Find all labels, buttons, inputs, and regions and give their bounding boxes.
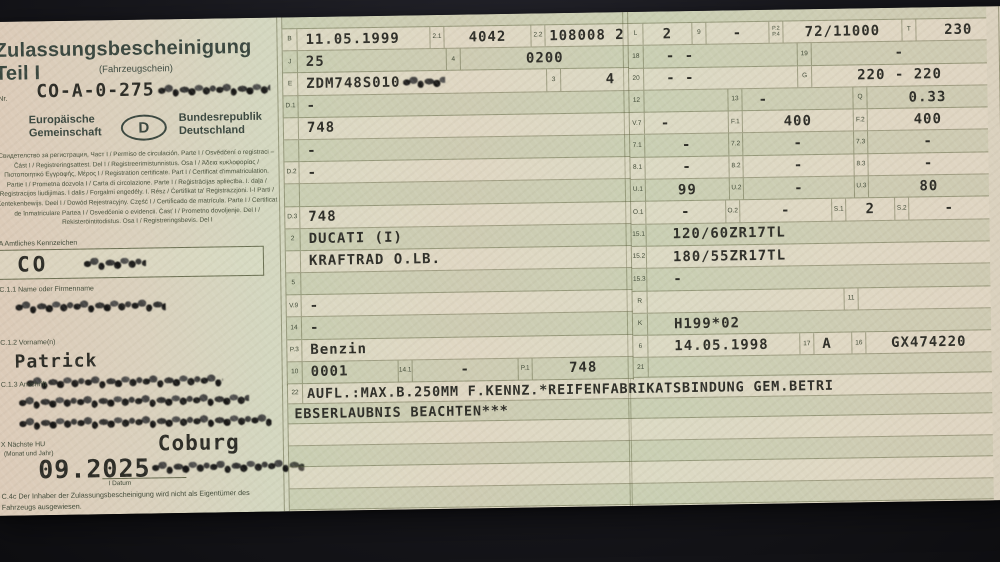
field-label-T: T (901, 19, 916, 41)
field-label-V.7: V.7 (630, 113, 645, 135)
field-value: 80 (869, 174, 989, 197)
c12-label: C.1.2 Vorname(n) (0, 339, 55, 347)
field-value-text: 4 (606, 71, 616, 87)
field-label-8.2: 8.2 (728, 156, 743, 178)
field-value-text: - (673, 271, 683, 287)
field-value: ZDM748S010 (298, 70, 546, 95)
field-value: - (645, 156, 728, 179)
field-value (644, 89, 727, 112)
field-value: 0.33 (867, 85, 987, 108)
field-label-17: 17 (799, 333, 814, 355)
country-label: Bundesrepublik Deutschland (179, 110, 279, 138)
field-label-P.2|P.4: P.2P.4 (768, 22, 783, 44)
field-value-text: GX474220 (891, 333, 967, 350)
redacted-address-line1 (19, 392, 249, 411)
redacted-issue-date (152, 457, 304, 476)
left-section: Zulassungsbescheinigung Teil I (Fahrzeug… (0, 17, 289, 516)
field-value: 4042 (444, 26, 530, 49)
field-value: 2 (846, 198, 894, 220)
field-value: - (743, 132, 853, 155)
field-value-text: - (681, 204, 691, 220)
field-label-7.2: 7.2 (728, 134, 743, 156)
field-label-8.1: 8.1 (630, 158, 645, 180)
field-value-text: 14.05.1998 (674, 337, 769, 354)
middle-section: B11.05.19992.140422.2108008 2J2540200EZD… (281, 12, 634, 385)
field-label-2: 2 (285, 229, 300, 250)
field-value: 14.05.1998 (648, 333, 799, 357)
field-label-14.1: 14.1 (398, 360, 413, 381)
field-value-text: - (310, 320, 320, 336)
field-value-text: - (924, 156, 934, 172)
field-label-K: K (633, 314, 648, 336)
field-value-text: - (923, 133, 933, 149)
field-value: - (645, 134, 728, 157)
field-label-2.1: 2.1 (429, 27, 444, 48)
field-value: 230 (916, 18, 986, 40)
field-value: 0001 (303, 360, 398, 383)
field-value: 25 (298, 49, 446, 73)
field-value-text: 0001 (311, 364, 349, 381)
field-value-text: - (733, 25, 743, 41)
redacted-owner-name (16, 297, 166, 315)
field-label-15.1: 15.1 (631, 224, 646, 246)
field-value-text: - (781, 202, 791, 218)
field-value-text: 400 (914, 111, 943, 127)
field-label-12: 12 (629, 91, 644, 113)
field-label-15.2: 15.2 (632, 247, 647, 269)
field-value-text: 0.33 (908, 89, 946, 106)
field-value-text: 4042 (468, 28, 506, 45)
field-value: 99 (646, 178, 729, 201)
field-value: - (740, 199, 831, 222)
field-label-7.1: 7.1 (630, 135, 645, 157)
field-value-text: 108008 2 (549, 27, 625, 44)
field-value-text: EBSERLAUBNIS BEACHTEN*** (294, 402, 508, 421)
field-a-label: A Amtliches Kennzeichen (0, 240, 77, 248)
field-label-G: G (797, 66, 812, 88)
field-value: - (744, 177, 854, 200)
datum-label: I Datum (108, 480, 131, 487)
field-value: 220 - 220 (812, 63, 987, 87)
field-value-text: - (306, 98, 316, 114)
field-value-text: - (661, 115, 671, 131)
field-value-text: 11.05.1999 (305, 30, 400, 47)
field-value-text: 400 (784, 113, 813, 129)
field-value: 400 (743, 110, 853, 133)
field-value (858, 286, 990, 309)
field-value-text: - (460, 362, 470, 378)
field-value-text: 0200 (526, 50, 564, 67)
field-value: 108008 2 (545, 24, 628, 46)
field-value: 72/11000 (783, 20, 901, 43)
field-label-O.1: O.1 (631, 202, 646, 224)
field-value: - (742, 87, 852, 110)
field-value-text: - (682, 137, 692, 153)
field-label-L: L (628, 24, 643, 46)
registration-document: Zulassungsbescheinigung Teil I (Fahrzeug… (0, 6, 1000, 516)
field-label-2.2: 2.2 (530, 25, 545, 46)
field-value-text: 220 - 220 (857, 66, 942, 83)
field-label-P.3: P.3 (287, 340, 302, 361)
field-value: 748 (533, 357, 634, 380)
field-value-text: - (794, 158, 804, 174)
field-value-text: A (822, 336, 832, 352)
redacted-certificate-number (159, 81, 271, 98)
field-label-7.3: 7.3 (853, 132, 868, 154)
field-value-text: - (793, 135, 803, 151)
field-label-F.2: F.2 (853, 109, 868, 131)
field-value-text: - (758, 91, 768, 107)
field-label-10: 10 (288, 362, 303, 383)
field-value-text: - (682, 159, 692, 175)
field-value: 0200 (461, 46, 629, 70)
field-label-9: 9 (691, 23, 706, 45)
license-plate-box: CO (0, 246, 264, 280)
field-value-text: 2 (663, 26, 673, 42)
field-value-text: ZDM748S010 (306, 75, 401, 92)
certificate-number-text: CO-A-0-275 (36, 79, 155, 102)
field-value-text: - (944, 200, 954, 216)
field-value-text: 748 (308, 209, 337, 225)
field-label-21: 21 (634, 358, 649, 377)
c4c-note: C.4c Der Inhaber der Zulassungsbescheini… (2, 488, 264, 514)
multilingual-certificate-text: Свидетелство за регистрация, Част I / Pe… (0, 148, 278, 229)
field-value: GX474220 (866, 330, 991, 353)
field-value-text: Benzin (310, 341, 367, 358)
field-value: 2 (643, 23, 691, 45)
owner-first-name-text: Patrick (14, 350, 97, 372)
field-value: - (868, 152, 988, 175)
redacted-plate-number (84, 255, 146, 273)
field-value: - (909, 197, 989, 220)
field-label-R: R (632, 291, 647, 313)
field-label-S.1: S.1 (831, 199, 846, 221)
redacted-address-line2 (19, 413, 271, 432)
field-label-4: 4 (446, 49, 461, 70)
remarks-section: 22AUFL.:MAX.B.250MM F.KENNZ.*REIFENFABRI… (287, 373, 994, 511)
field-value: - (706, 22, 768, 44)
field-label-blank (284, 118, 299, 139)
owner-first-name: Patrick (14, 347, 287, 393)
field-label-20: 20 (629, 68, 644, 90)
field-label-13: 13 (727, 89, 742, 111)
field-label-U.3: U.3 (854, 176, 869, 198)
field-value: - (645, 112, 728, 135)
field-label-blank (284, 140, 299, 161)
field-value-text: KRAFTRAD O.LB. (309, 251, 441, 269)
redacted-text (403, 75, 445, 90)
field-value: 11.05.1999 (297, 27, 429, 50)
country-oval-d: D (121, 114, 167, 141)
field-value-text: - - (666, 48, 695, 64)
field-value-text: H199*02 (674, 315, 740, 332)
field-label-5: 5 (286, 273, 301, 294)
field-label-22: 22 (288, 384, 303, 403)
field-label-S.2: S.2 (894, 198, 909, 220)
field-value-text: 748 (569, 360, 598, 376)
field-value: - (868, 130, 988, 153)
field-value-text: 180/55ZR17TL (673, 247, 786, 265)
field-label-6: 6 (633, 336, 648, 358)
field-value-text: - - (666, 70, 695, 86)
field-value: 4 (561, 68, 629, 90)
field-label-D.2: D.2 (284, 162, 299, 183)
field-value-text: - (794, 180, 804, 196)
field-label-U.2: U.2 (729, 178, 744, 200)
field-value-text: 748 (307, 120, 336, 136)
field-value-text: - (894, 45, 904, 61)
field-label-15.3: 15.3 (632, 269, 647, 291)
field-value: 400 (868, 108, 988, 131)
field-label-U.1: U.1 (631, 180, 646, 202)
field-label-3: 3 (546, 69, 561, 90)
field-value-text: 230 (944, 21, 973, 37)
field-label-D.1: D.1 (283, 96, 298, 117)
field-label-J: J (283, 51, 298, 72)
field-label-B: B (282, 29, 297, 50)
field-value: - (812, 41, 987, 65)
next-inspection-label: X Nächste HU (1, 441, 45, 449)
field-value-text: 99 (678, 182, 697, 198)
field-label-14: 14 (287, 318, 302, 339)
field-label-11: 11 (843, 288, 858, 310)
issuing-city: Coburg (158, 430, 240, 455)
redacted-surname (27, 372, 223, 391)
field-label-blank (285, 184, 300, 205)
nr-label: Nr. (0, 96, 7, 103)
license-plate-prefix: CO (17, 252, 49, 276)
field-label-19: 19 (797, 43, 812, 65)
field-value-text: 80 (919, 178, 938, 194)
field-label-blank (286, 251, 301, 272)
field-value-text: 2 (865, 201, 875, 217)
field-value: - (743, 154, 853, 177)
field-label-8.3: 8.3 (853, 154, 868, 176)
field-value-text: DUCATI (I) (309, 230, 404, 247)
field-value: - (413, 359, 518, 382)
right-section: L29-P.2P.472/11000T23018- -19-20- -G220 … (627, 6, 992, 380)
field-label-P.1: P.1 (518, 358, 533, 379)
field-label-E: E (283, 74, 298, 95)
c13-label: C.1.3 Anschrift (1, 381, 47, 389)
field-label-Q: Q (852, 87, 867, 109)
field-value-text: - (307, 142, 317, 158)
field-label-V.9: V.9 (287, 295, 302, 316)
field-value: - - (644, 66, 797, 90)
field-label-F.1: F.1 (728, 111, 743, 133)
certificate-number: CO-A-0-275 (36, 78, 271, 103)
field-value (647, 288, 843, 312)
c11-label: C.1.1 Name oder Firmenname (0, 285, 94, 293)
field-value: - (646, 201, 725, 224)
field-value: A (814, 333, 851, 355)
field-value-text: 120/60ZR17TL (672, 225, 785, 243)
field-label-18: 18 (629, 46, 644, 68)
eu-community-label: Europäische Gemeinschaft (29, 113, 111, 140)
field-label-D.3: D.3 (285, 207, 300, 228)
field-value-text: 25 (306, 54, 325, 70)
field-value-text: - (307, 165, 317, 181)
field-value: - - (644, 44, 797, 68)
field-value-text: - (310, 298, 320, 314)
field-label-O.2: O.2 (725, 201, 740, 223)
field-label-16: 16 (851, 332, 866, 354)
field-value-text: 72/11000 (805, 23, 881, 40)
